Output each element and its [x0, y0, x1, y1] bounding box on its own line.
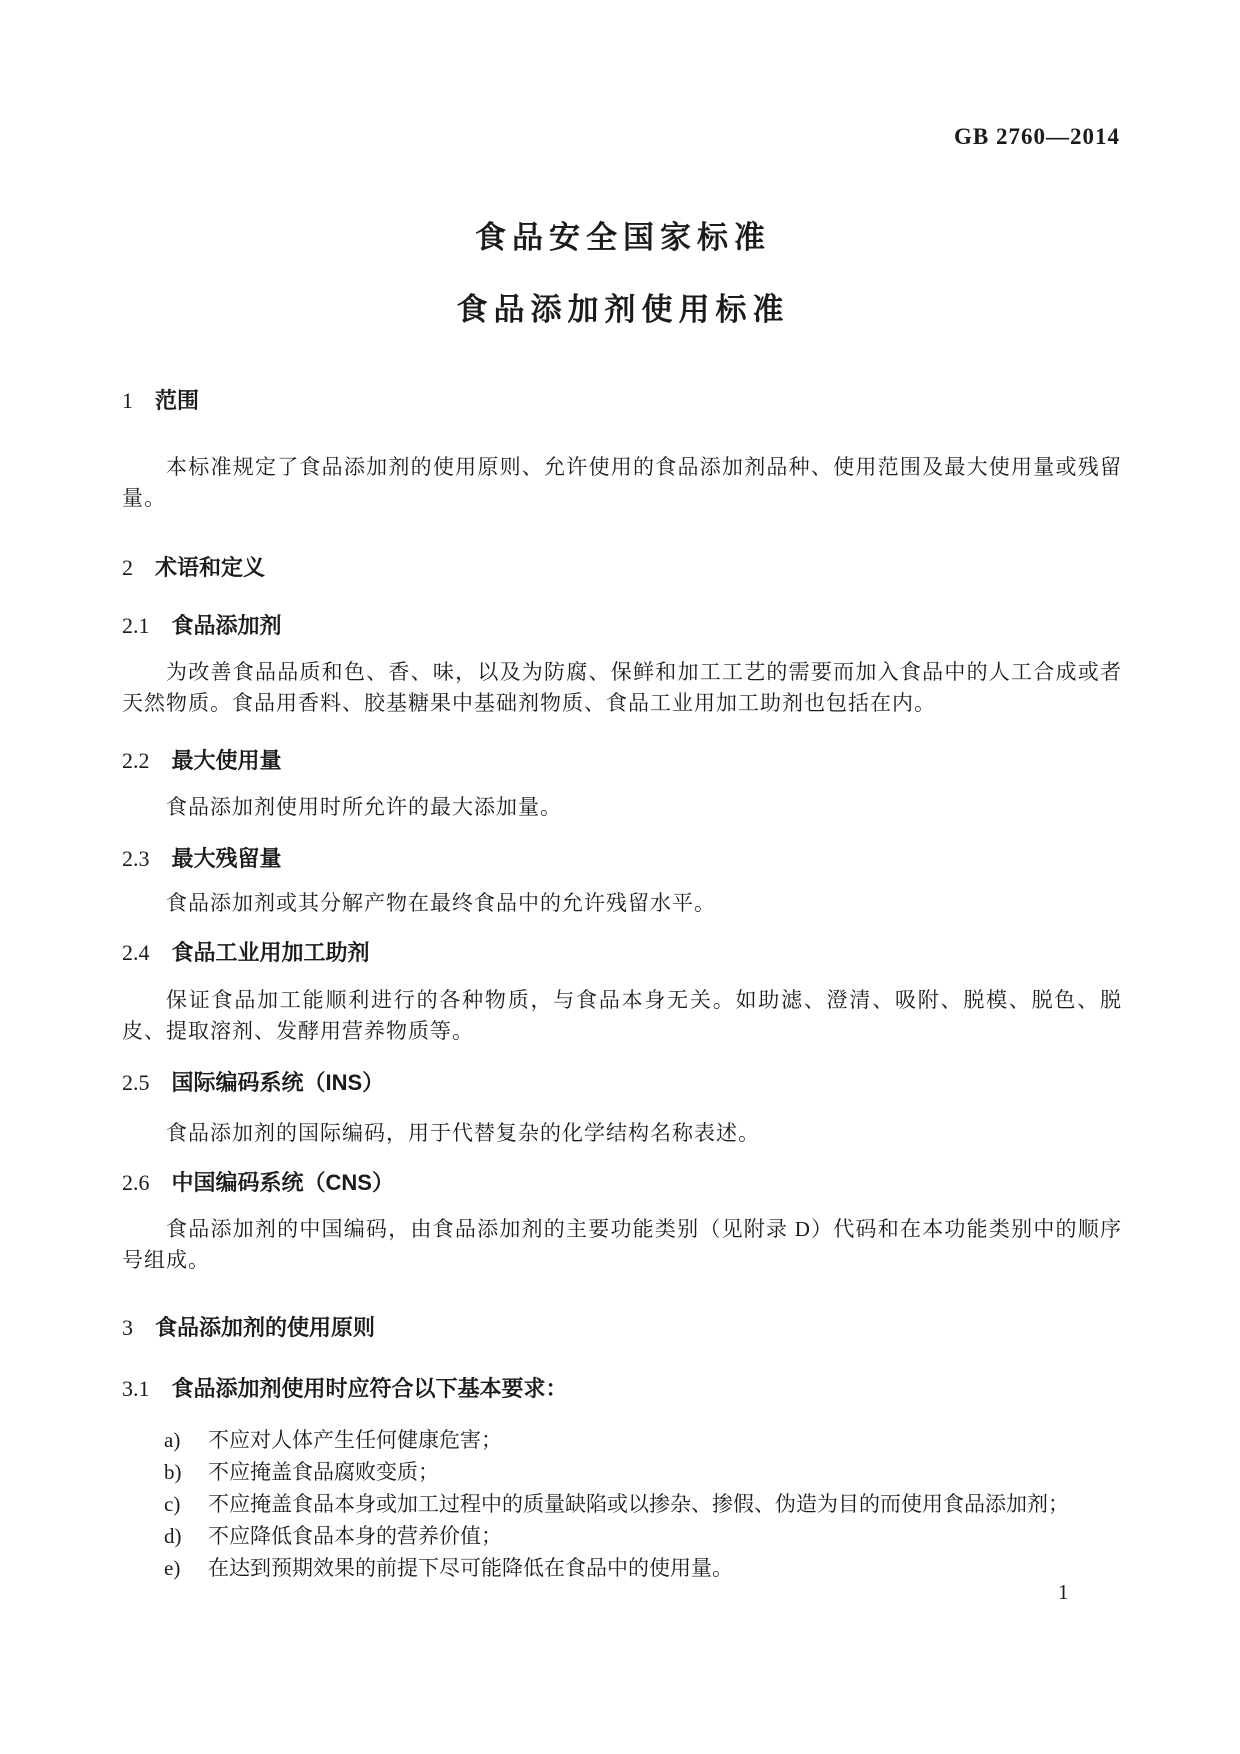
page-number: 1: [1058, 1580, 1069, 1605]
section-2-2-title: 最大使用量: [172, 748, 282, 773]
section-3-1-number: 3.1: [122, 1376, 150, 1401]
section-3-number: 3: [122, 1315, 133, 1340]
list-item-c-text: 不应掩盖食品本身或加工过程中的质量缺陷或以掺杂、掺假、伪造为目的而使用食品添加剂…: [208, 1488, 1130, 1520]
list-item-d-text: 不应降低食品本身的营养价值；: [208, 1520, 1130, 1552]
section-2-6-title: 中国编码系统（CNS）: [172, 1170, 394, 1195]
list-item-b: b) 不应掩盖食品腐败变质；: [164, 1456, 1130, 1488]
section-2-2-heading: 2.2最大使用量: [122, 748, 282, 774]
section-2-number: 2: [122, 555, 133, 580]
section-2-5-paragraph: 食品添加剂的国际编码，用于代替复杂的化学结构名称表述。: [122, 1118, 1122, 1149]
section-1-paragraph: 本标准规定了食品添加剂的使用原则、允许使用的食品添加剂品种、使用范围及最大使用量…: [122, 452, 1122, 514]
section-2-3-heading: 2.3最大残留量: [122, 846, 282, 872]
document-title-line1: 食品安全国家标准: [0, 220, 1240, 256]
section-2-6-heading: 2.6中国编码系统（CNS）: [122, 1170, 394, 1196]
section-2-4-paragraph: 保证食品加工能顺利进行的各种物质，与食品本身无关。如助滤、澄清、吸附、脱模、脱色…: [122, 985, 1122, 1047]
section-2-5-heading: 2.5国际编码系统（INS）: [122, 1070, 384, 1096]
section-3-1-heading: 3.1食品添加剂使用时应符合以下基本要求：: [122, 1376, 568, 1402]
section-2-3-title: 最大残留量: [172, 846, 282, 871]
section-2-heading: 2术语和定义: [122, 555, 265, 581]
requirements-list: a) 不应对人体产生任何健康危害； b) 不应掩盖食品腐败变质； c) 不应掩盖…: [164, 1424, 1130, 1584]
section-2-2-paragraph: 食品添加剂使用时所允许的最大添加量。: [122, 792, 1122, 823]
section-1-title: 范围: [155, 388, 199, 413]
list-item-d: d) 不应降低食品本身的营养价值；: [164, 1520, 1130, 1552]
section-1-heading: 1范围: [122, 388, 199, 414]
section-2-1-heading: 2.1食品添加剂: [122, 613, 282, 639]
list-item-a-label: a): [164, 1424, 208, 1456]
list-item-b-text: 不应掩盖食品腐败变质；: [208, 1456, 1130, 1488]
section-2-3-paragraph: 食品添加剂或其分解产物在最终食品中的允许残留水平。: [122, 888, 1122, 919]
list-item-e-label: e): [164, 1552, 208, 1584]
section-2-1-paragraph: 为改善食品品质和色、香、味，以及为防腐、保鲜和加工工艺的需要而加入食品中的人工合…: [122, 657, 1122, 719]
section-2-6-paragraph: 食品添加剂的中国编码，由食品添加剂的主要功能类别（见附录 D）代码和在本功能类别…: [122, 1214, 1122, 1276]
section-2-6-number: 2.6: [122, 1170, 150, 1195]
section-2-1-number: 2.1: [122, 613, 150, 638]
list-item-e: e) 在达到预期效果的前提下尽可能降低在食品中的使用量。: [164, 1552, 1130, 1584]
list-item-e-text: 在达到预期效果的前提下尽可能降低在食品中的使用量。: [208, 1552, 1130, 1584]
list-item-d-label: d): [164, 1520, 208, 1552]
list-item-a-text: 不应对人体产生任何健康危害；: [208, 1424, 1130, 1456]
section-2-5-number: 2.5: [122, 1070, 150, 1095]
section-2-3-number: 2.3: [122, 846, 150, 871]
section-1-number: 1: [122, 388, 133, 413]
document-title-line2: 食品添加剂使用标准: [0, 292, 1240, 328]
section-2-4-number: 2.4: [122, 940, 150, 965]
section-3-heading: 3食品添加剂的使用原则: [122, 1315, 375, 1341]
section-2-1-title: 食品添加剂: [172, 613, 282, 638]
list-item-c: c) 不应掩盖食品本身或加工过程中的质量缺陷或以掺杂、掺假、伪造为目的而使用食品…: [164, 1488, 1130, 1520]
standard-code: GB 2760—2014: [954, 124, 1120, 150]
list-item-c-label: c): [164, 1488, 208, 1520]
section-2-5-title: 国际编码系统（INS）: [172, 1070, 385, 1095]
section-2-4-title: 食品工业用加工助剂: [172, 940, 370, 965]
section-2-title: 术语和定义: [155, 555, 265, 580]
list-item-b-label: b): [164, 1456, 208, 1488]
section-3-1-title: 食品添加剂使用时应符合以下基本要求：: [172, 1376, 568, 1401]
section-2-2-number: 2.2: [122, 748, 150, 773]
section-2-4-heading: 2.4食品工业用加工助剂: [122, 940, 370, 966]
section-3-title: 食品添加剂的使用原则: [155, 1315, 375, 1340]
list-item-a: a) 不应对人体产生任何健康危害；: [164, 1424, 1130, 1456]
document-page: GB 2760—2014 食品安全国家标准 食品添加剂使用标准 1范围 本标准规…: [0, 0, 1240, 1754]
